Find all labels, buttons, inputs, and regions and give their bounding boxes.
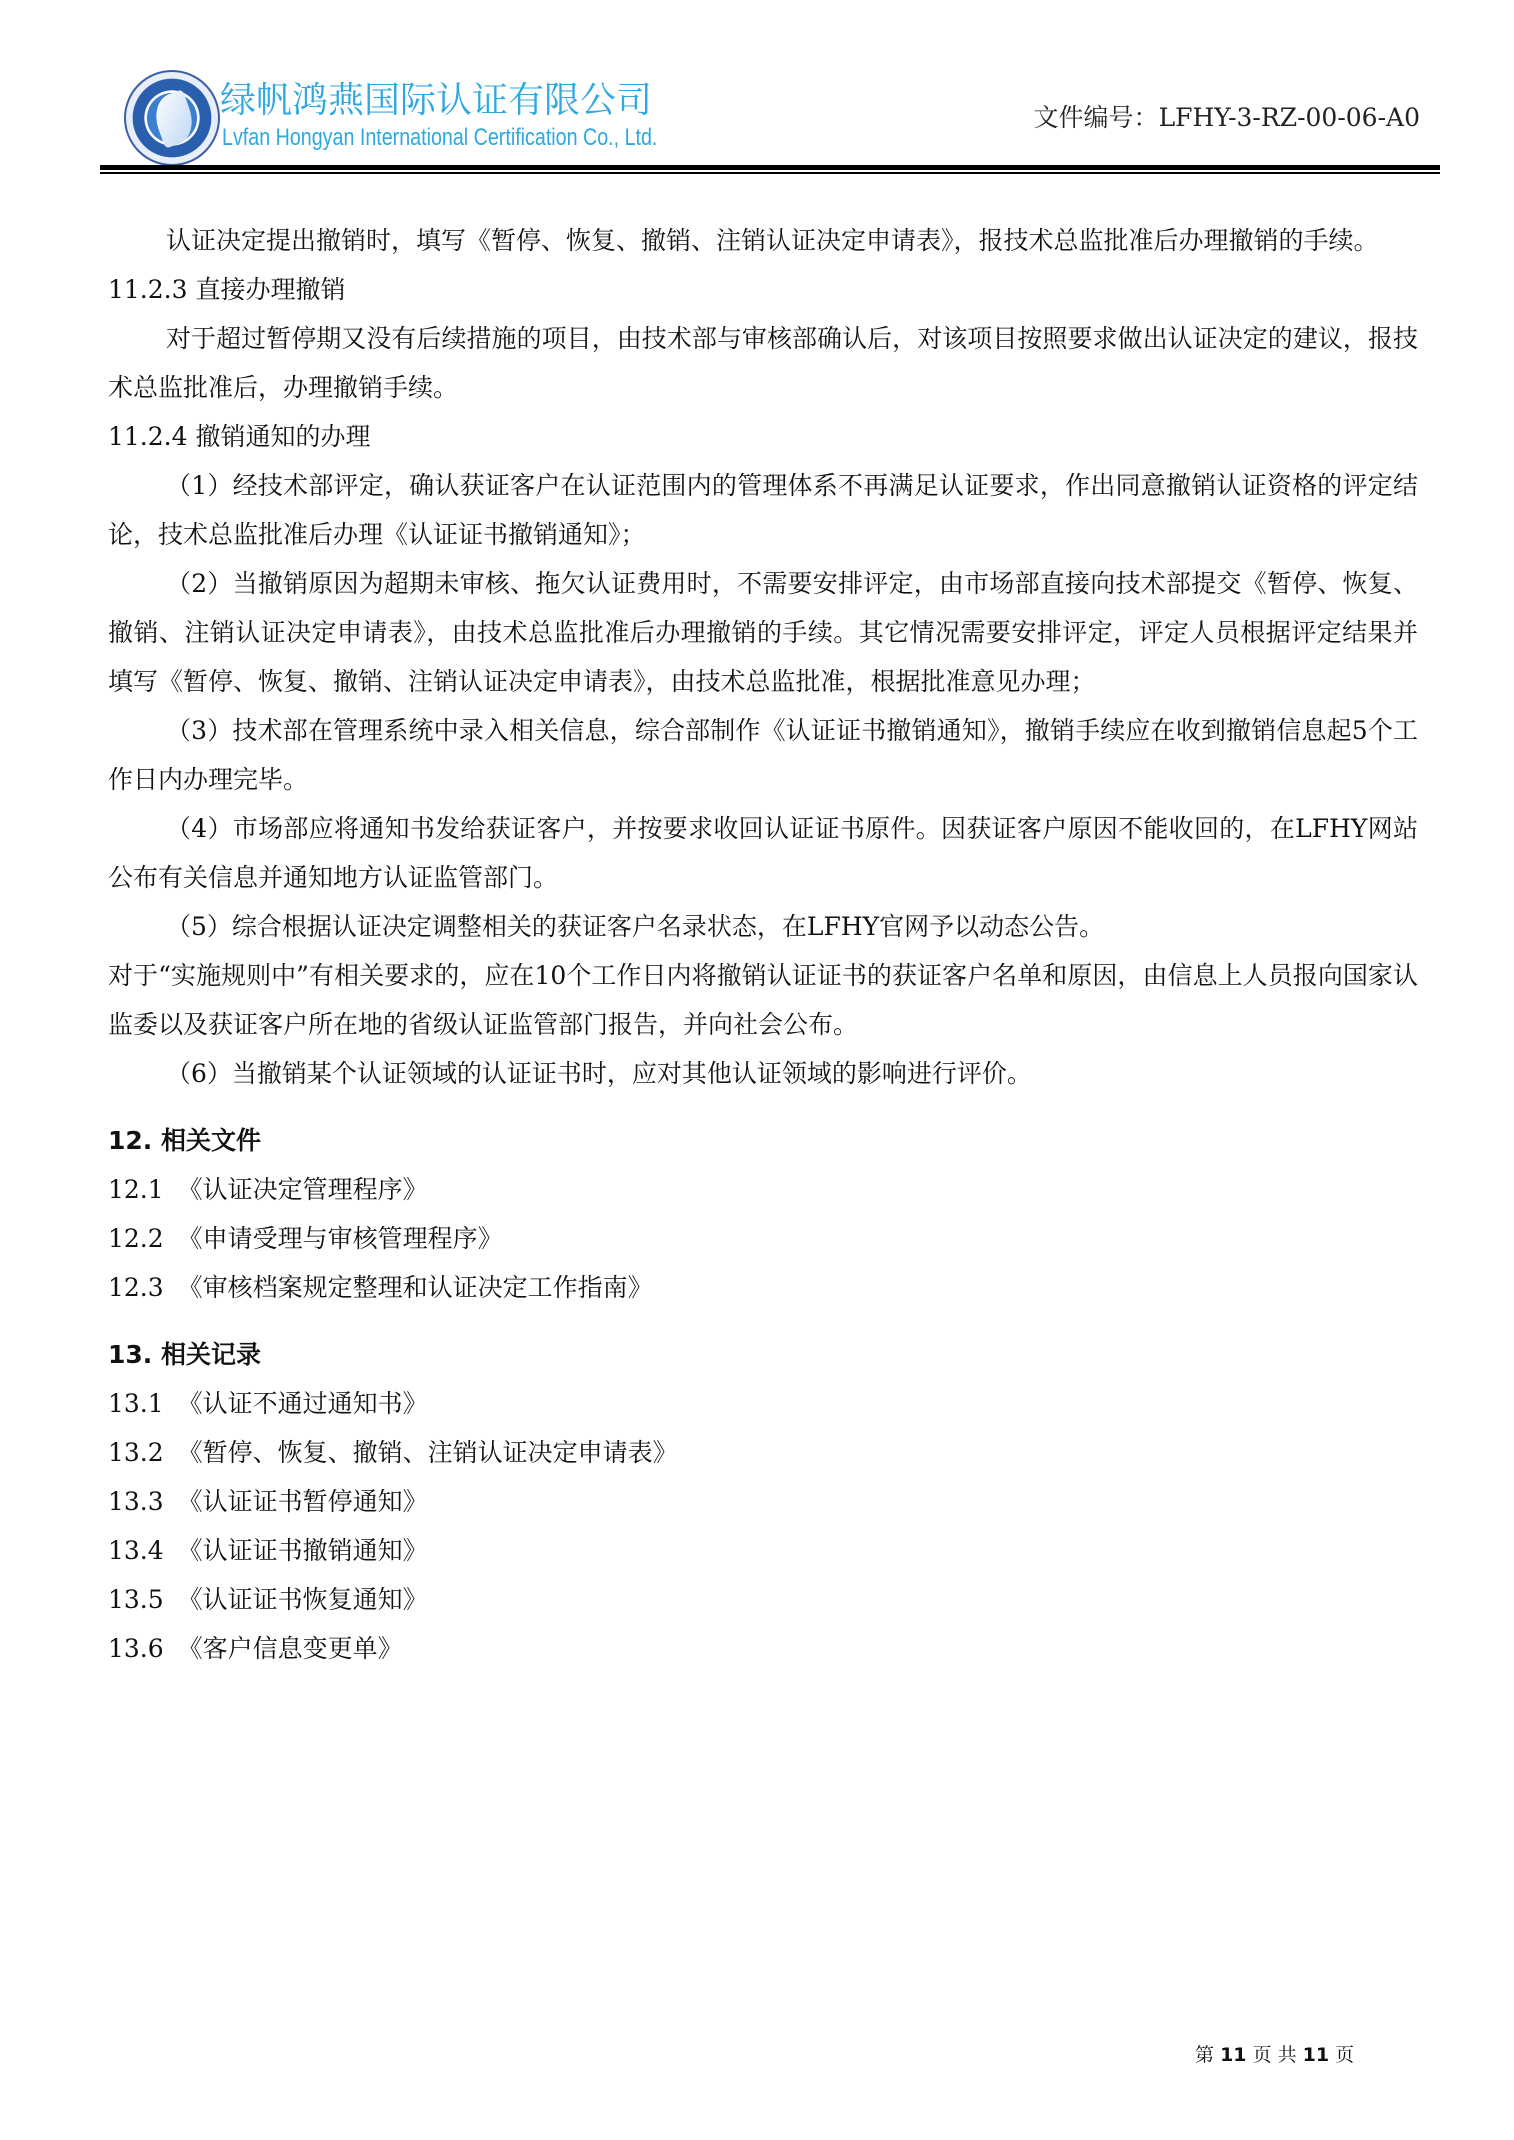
section-heading-13: 13. 相关记录	[108, 1330, 1418, 1379]
related-record-item: 13.1《认证不通过通知书》	[108, 1379, 1418, 1428]
item-text: 《认证证书恢复通知》	[178, 1585, 428, 1614]
document-body: 认证决定提出撤销时，填写《暂停、恢复、撤销、注销认证决定申请表》，报技术总监批准…	[108, 216, 1418, 1673]
total-pages: 11	[1303, 2044, 1329, 2066]
page-mid: 页 共	[1253, 2044, 1297, 2066]
item-text: 《认证证书暂停通知》	[178, 1487, 428, 1516]
item-number: 12.1	[108, 1175, 164, 1204]
list-item-3: （3）技术部在管理系统中录入相关信息，综合部制作《认证证书撤销通知》，撤销手续应…	[108, 706, 1418, 804]
company-seal-logo-icon	[124, 70, 220, 166]
related-document-item: 12.3《审核档案规定整理和认证决定工作指南》	[108, 1263, 1418, 1312]
related-record-item: 13.3《认证证书暂停通知》	[108, 1477, 1418, 1526]
company-name-cn: 绿帆鸿燕国际认证有限公司	[220, 72, 652, 123]
header-rule-thick	[100, 165, 1440, 170]
item-text: 《认证不通过通知书》	[178, 1389, 428, 1418]
related-record-item: 13.6《客户信息变更单》	[108, 1624, 1418, 1673]
paragraph: 认证决定提出撤销时，填写《暂停、恢复、撤销、注销认证决定申请表》，报技术总监批准…	[108, 216, 1418, 265]
item-number: 12.2	[108, 1224, 164, 1253]
header-rule-thin	[100, 172, 1440, 174]
list-item-5: （5）综合根据认证决定调整相关的获证客户名录状态，在LFHY官网予以动态公告。	[108, 902, 1418, 951]
document-number-label: 文件编号：	[1034, 103, 1159, 132]
list-item-1: （1）经技术部评定，确认获证客户在认证范围内的管理体系不再满足认证要求，作出同意…	[108, 461, 1418, 559]
item-number: 13.2	[108, 1438, 164, 1467]
sail-swoosh-icon	[149, 89, 200, 148]
page-suffix: 页	[1335, 2044, 1354, 2066]
item-text: 《申请受理与审核管理程序》	[178, 1224, 503, 1253]
item-number: 12.3	[108, 1273, 164, 1302]
item-text: 《审核档案规定整理和认证决定工作指南》	[178, 1273, 653, 1302]
item-text: 《认证决定管理程序》	[178, 1175, 428, 1204]
item-text: 《客户信息变更单》	[178, 1634, 403, 1663]
paragraph: 对于超过暂停期又没有后续措施的项目，由技术部与审核部确认后，对该项目按照要求做出…	[108, 314, 1418, 412]
related-record-item: 13.5《认证证书恢复通知》	[108, 1575, 1418, 1624]
related-document-item: 12.1《认证决定管理程序》	[108, 1165, 1418, 1214]
related-record-item: 13.2《暂停、恢复、撤销、注销认证决定申请表》	[108, 1428, 1418, 1477]
paragraph: 对于“实施规则中”有相关要求的，应在10个工作日内将撤销认证证书的获证客户名单和…	[108, 951, 1418, 1049]
related-document-item: 12.2《申请受理与审核管理程序》	[108, 1214, 1418, 1263]
subsection-heading-11-2-3: 11.2.3 直接办理撤销	[108, 265, 1418, 314]
page-header: 绿帆鸿燕国际认证有限公司 Lvfan Hongyan International…	[100, 40, 1440, 180]
page-prefix: 第	[1195, 2044, 1214, 2066]
current-page: 11	[1220, 2044, 1246, 2066]
document-number: 文件编号：LFHY-3-RZ-00-06-A0	[1034, 98, 1420, 134]
item-text: 《认证证书撤销通知》	[178, 1536, 428, 1565]
item-number: 13.3	[108, 1487, 164, 1516]
list-item-4: （4）市场部应将通知书发给获证客户，并按要求收回认证证书原件。因获证客户原因不能…	[108, 804, 1418, 902]
list-item-6: （6）当撤销某个认证领域的认证证书时，应对其他认证领域的影响进行评价。	[108, 1049, 1418, 1098]
item-number: 13.4	[108, 1536, 164, 1565]
subsection-heading-11-2-4: 11.2.4 撤销通知的办理	[108, 412, 1418, 461]
document-number-value: LFHY-3-RZ-00-06-A0	[1159, 103, 1420, 132]
page-number-footer: 第 11 页 共 11 页	[1195, 2040, 1354, 2067]
list-item-2: （2）当撤销原因为超期未审核、拖欠认证费用时，不需要安排评定，由市场部直接向技术…	[108, 559, 1418, 706]
item-number: 13.6	[108, 1634, 164, 1663]
company-name-en: Lvfan Hongyan International Certificatio…	[222, 124, 657, 152]
item-number: 13.5	[108, 1585, 164, 1614]
related-record-item: 13.4《认证证书撤销通知》	[108, 1526, 1418, 1575]
item-number: 13.1	[108, 1389, 164, 1418]
section-heading-12: 12. 相关文件	[108, 1116, 1418, 1165]
item-text: 《暂停、恢复、撤销、注销认证决定申请表》	[178, 1438, 678, 1467]
